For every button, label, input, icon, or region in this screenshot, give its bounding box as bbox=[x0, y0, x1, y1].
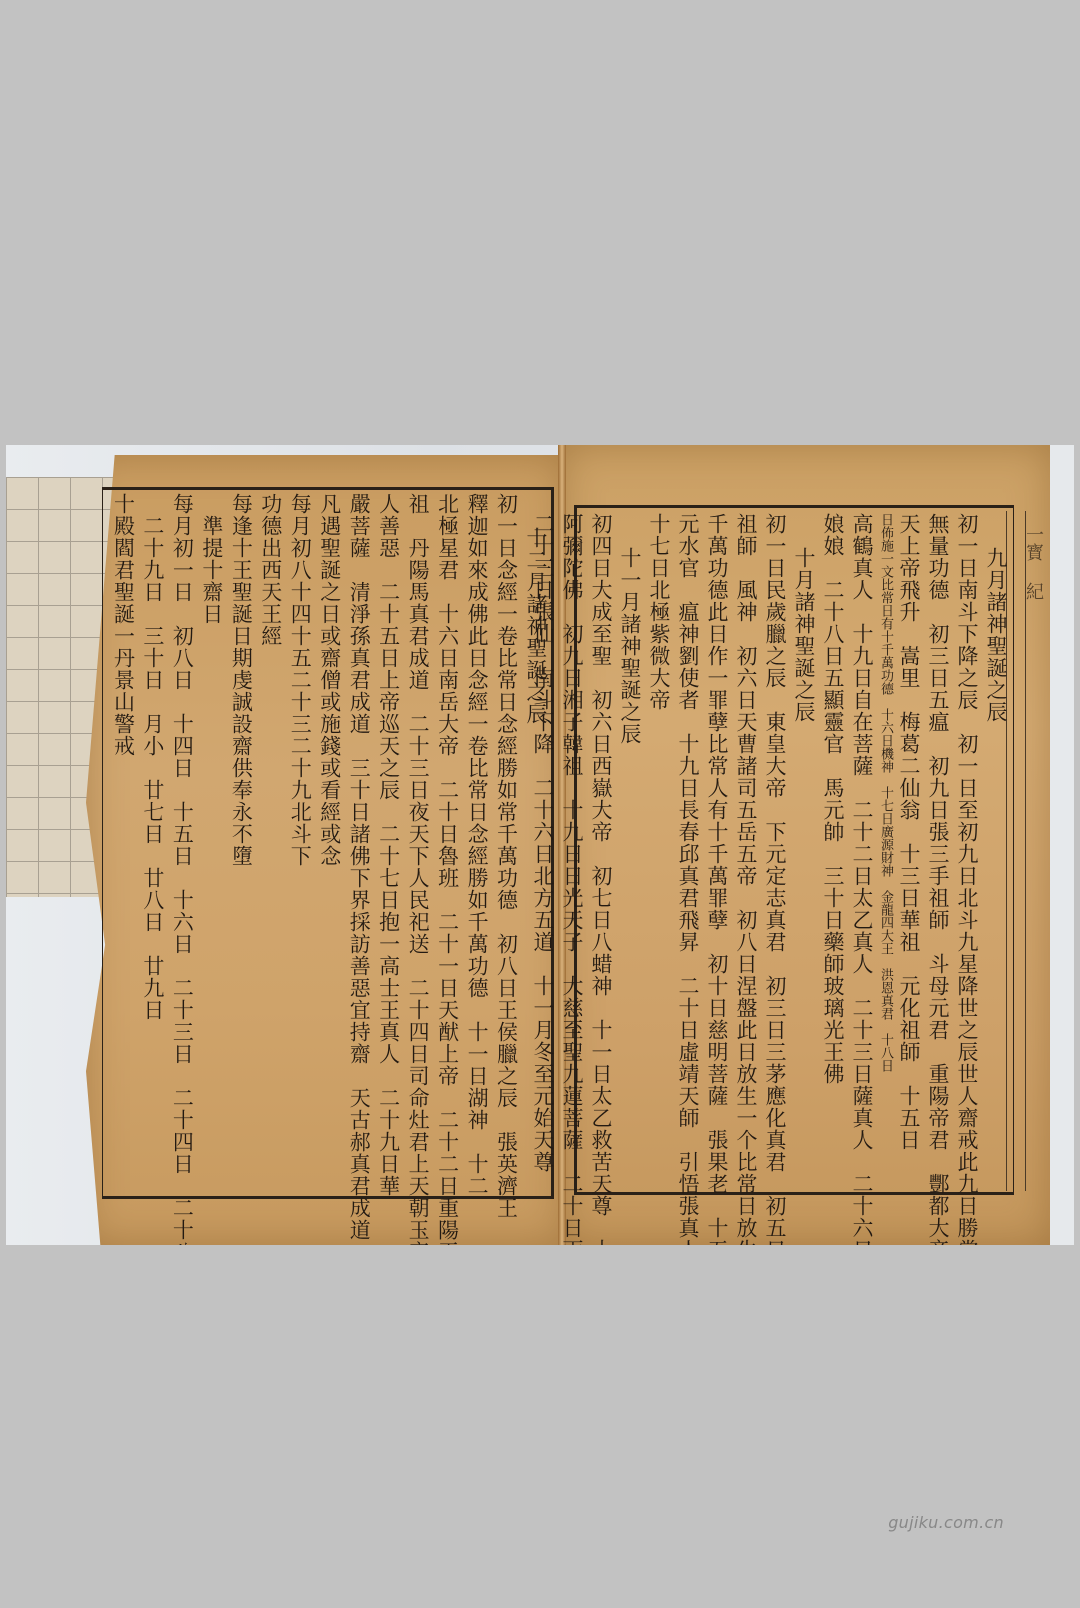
text-column: 每月初一日 初八日 十四日 十五日 十六日 二十三日 二十四日 二十八日 bbox=[169, 493, 194, 1193]
text-column: 初一日念經一卷比常日念經勝如常千萬功德 初八日王侯臘之辰 張英濟王 bbox=[493, 493, 518, 1193]
text-column: 天上帝飛升 嵩里 梅葛二仙翁 十三日華祖 元化祖師 十五日 bbox=[896, 513, 921, 1193]
heading-tenth-month: 十月諸神聖誕之辰 bbox=[791, 513, 816, 1193]
heading-twelfth-month: 十二月諸神聖誕之辰 bbox=[523, 493, 548, 1193]
margin-label: 一寳 紀 bbox=[1024, 525, 1046, 725]
text-column: 十殿閻君聖誕一丹景山警戒 bbox=[110, 493, 135, 1193]
text-column: 高鶴真人 十九日自在菩薩 二十二日太乙真人 二十三日薩真人 二十六日瘟疹 bbox=[849, 513, 874, 1193]
right-margin-rule bbox=[1006, 511, 1026, 1191]
heading-eleventh-month: 十一月諸神聖誕之辰 bbox=[617, 513, 642, 1193]
text-column: 阿彌陀佛 初九日湘子韓祖 十九日日光天子 大慈至聖九蓮菩薩 二十日雨神 bbox=[559, 513, 584, 1193]
text-column: 元水官 瘟神劉使者 十九日長春邱真君飛昇 二十日虛靖天師 引悟張真人 二 bbox=[675, 513, 700, 1193]
text-column: 無量功德 初三日五瘟 初九日張三手祖師 斗母元君 重陽帝君 酆都大帝 玄 bbox=[925, 513, 950, 1193]
text-column: 娘娘 二十八日五顯靈官 馬元帥 三十日藥師玻璃光王佛 bbox=[820, 513, 845, 1193]
text-column: 初四日大成至聖 初六日西嶽大帝 初七日八蜡神 十一日太乙救苦天尊 十七日 bbox=[588, 513, 613, 1193]
text-column: 十七日北極紫微大帝 bbox=[646, 513, 671, 1193]
book-photo: 一寳 紀 九月諸神聖誕之辰 初一日南斗下降之辰 初一日至初九日北斗九星降世之辰世… bbox=[6, 445, 1074, 1245]
site-watermark: gujiku.com.cn bbox=[888, 1513, 1004, 1532]
left-page-text: 十二月諸神聖誕之辰 初一日念經一卷比常日念經勝如常千萬功德 初八日王侯臘之辰 張… bbox=[110, 493, 548, 1193]
text-column: 每月初八十四十五二十三二十九北斗下 bbox=[287, 493, 312, 1193]
text-column: 初一日南斗下降之辰 初一日至初九日北斗九星降世之辰世人齋戒此九日勝常日有 bbox=[954, 513, 979, 1193]
text-column: 初一日民歲臘之辰 東皇大帝 下元定志真君 初三日三茅應化真君 初五日達摩 bbox=[762, 513, 787, 1193]
text-column: 準提十齋日 bbox=[198, 493, 223, 1193]
text-column: 祖師 風神 初六日天曹諸司五岳五帝 初八日涅盤此日放生一个比常日放生有十 bbox=[733, 513, 758, 1193]
text-column: 釋迦如來成佛此日念經一卷比常日念經勝如千萬功德 十一日湖神 十二 bbox=[464, 493, 489, 1193]
text-column: 每逢十王聖誕日期虔誠設齋供奉永不墮 bbox=[228, 493, 253, 1193]
text-column-small: 日佈施一文比常日有十千萬功德 十六日機神 十七日廣源財神 金龍四大王 洪恩真君 … bbox=[878, 513, 892, 1193]
text-column: 北極星君 十六日南岳大帝 二十日魯班 二十一日天猷上帝 二十二日重陽王 bbox=[434, 493, 459, 1193]
text-column: 祖 丹陽馬真君成道 二十三日夜天下人民祀送 二十四日司命灶君上天朝玉帝奏 bbox=[405, 493, 430, 1193]
heading-ninth-month: 九月諸神聖誕之辰 bbox=[983, 513, 1008, 1193]
text-column: 二十九日 三十日 月小 廿七日 廿八日 廿九日 bbox=[139, 493, 164, 1193]
text-column: 功德出西天王經 bbox=[257, 493, 282, 1193]
text-column: 凡遇聖誕之日或齋僧或施錢或看經或念 bbox=[316, 493, 341, 1193]
right-page-text: 九月諸神聖誕之辰 初一日南斗下降之辰 初一日至初九日北斗九星降世之辰世人齋戒此九… bbox=[580, 513, 1008, 1193]
text-column: 人善惡 二十五日上帝巡天之辰 二十七日抱一高士王真人 二十九日華 bbox=[375, 493, 400, 1193]
text-column: 千萬功德此日作一罪孽比常人有十千萬罪孽 初十日慈明菩薩 張果老 十五日下 bbox=[704, 513, 729, 1193]
text-column: 嚴菩薩 清淨孫真君成道 三十日諸佛下界採訪善惡宜持齋 天古郝真君成道 bbox=[346, 493, 371, 1193]
